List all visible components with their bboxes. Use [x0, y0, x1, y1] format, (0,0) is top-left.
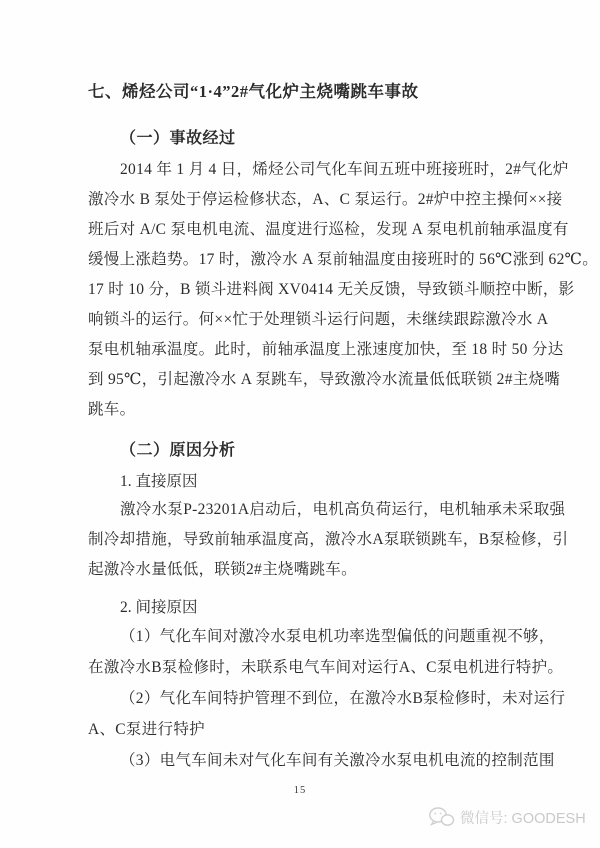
- watermark: 微信号: GOODESH: [428, 806, 586, 828]
- paragraph-line: 起激冷水量低低，联锁2#主烧嘴跳车。: [88, 555, 540, 585]
- section-heading-cause-analysis: （二）原因分析: [120, 437, 236, 460]
- subsection-label-direct-cause: 1. 直接原因: [120, 469, 198, 491]
- document-page: 七、烯烃公司“1·4”2#气化炉主烧嘴跳车事故 （一）事故经过 2014 年 1…: [0, 0, 600, 848]
- paragraph-line: A、C泵进行特护: [88, 714, 540, 745]
- paragraph-line: 激冷水 B 泵处于停运检修状态，A、C 泵运行。2#炉中控主操何××接: [88, 185, 540, 215]
- paragraph-line: 17 时 10 分，B 锁斗进料阀 XV0414 无关反馈，导致锁斗顺控中断，影: [88, 275, 540, 305]
- paragraph-line: 跳车。: [88, 395, 540, 425]
- document-title: 七、烯烃公司“1·4”2#气化炉主烧嘴跳车事故: [88, 78, 548, 102]
- watermark-text: 微信号: GOODESH: [460, 807, 586, 828]
- paragraph-line: 班后对 A/C 泵电机电流、温度进行巡检，发现 A 泵电机前轴承温度有: [88, 215, 540, 245]
- paragraph-line: 2014 年 1 月 4 日，烯烃公司气化车间五班中班接班时，2#气化炉: [88, 155, 540, 185]
- paragraph-line: 在激冷水B泵检修时，未联系电气车间对运行A、C泵电机进行特护。: [88, 652, 540, 683]
- section-heading-accident-course: （一）事故经过: [120, 125, 236, 148]
- paragraph-line: （2）气化车间特护管理不到位，在激冷水B泵检修时，未对运行: [88, 683, 540, 714]
- paragraph-line: （1）气化车间对激冷水泵电机功率选型偏低的问题重视不够，: [88, 621, 540, 652]
- paragraph-line: 制冷却措施，导致前轴承温度高，激冷水A泵联锁跳车，B泵检修，引: [88, 525, 540, 555]
- paragraph-line: 泵电机轴承温度。此时，前轴承温度上涨速度加快，至 18 时 50 分达: [88, 335, 540, 365]
- paragraph-line: 到 95℃，引起激冷水 A 泵跳车，导致激冷水流量低低联锁 2#主烧嘴: [88, 365, 540, 395]
- paragraph-line: 响锁斗的运行。何××忙于处理锁斗运行问题，未继续跟踪激冷水 A: [88, 305, 540, 335]
- paragraph-direct-cause: 激冷水泵P-23201A启动后，电机高负荷运行，电机轴承未采取强 制冷却措施，导…: [88, 495, 540, 585]
- paragraph-line: 缓慢上涨趋势。17 时，激冷水 A 泵前轴温度由接班时的 56℃涨到 62℃。: [88, 245, 540, 275]
- paragraph-line: （3）电气车间未对气化车间有关激冷水泵电机电流的控制范围: [88, 745, 540, 776]
- paragraph-accident-course: 2014 年 1 月 4 日，烯烃公司气化车间五班中班接班时，2#气化炉 激冷水…: [88, 155, 540, 425]
- paragraph-indirect-cause: （1）气化车间对激冷水泵电机功率选型偏低的问题重视不够， 在激冷水B泵检修时，未…: [88, 621, 540, 776]
- wechat-icon: [428, 806, 455, 828]
- page-number: 15: [0, 785, 600, 796]
- subsection-label-indirect-cause: 2. 间接原因: [120, 595, 198, 617]
- paragraph-line: 激冷水泵P-23201A启动后，电机高负荷运行，电机轴承未采取强: [88, 495, 540, 525]
